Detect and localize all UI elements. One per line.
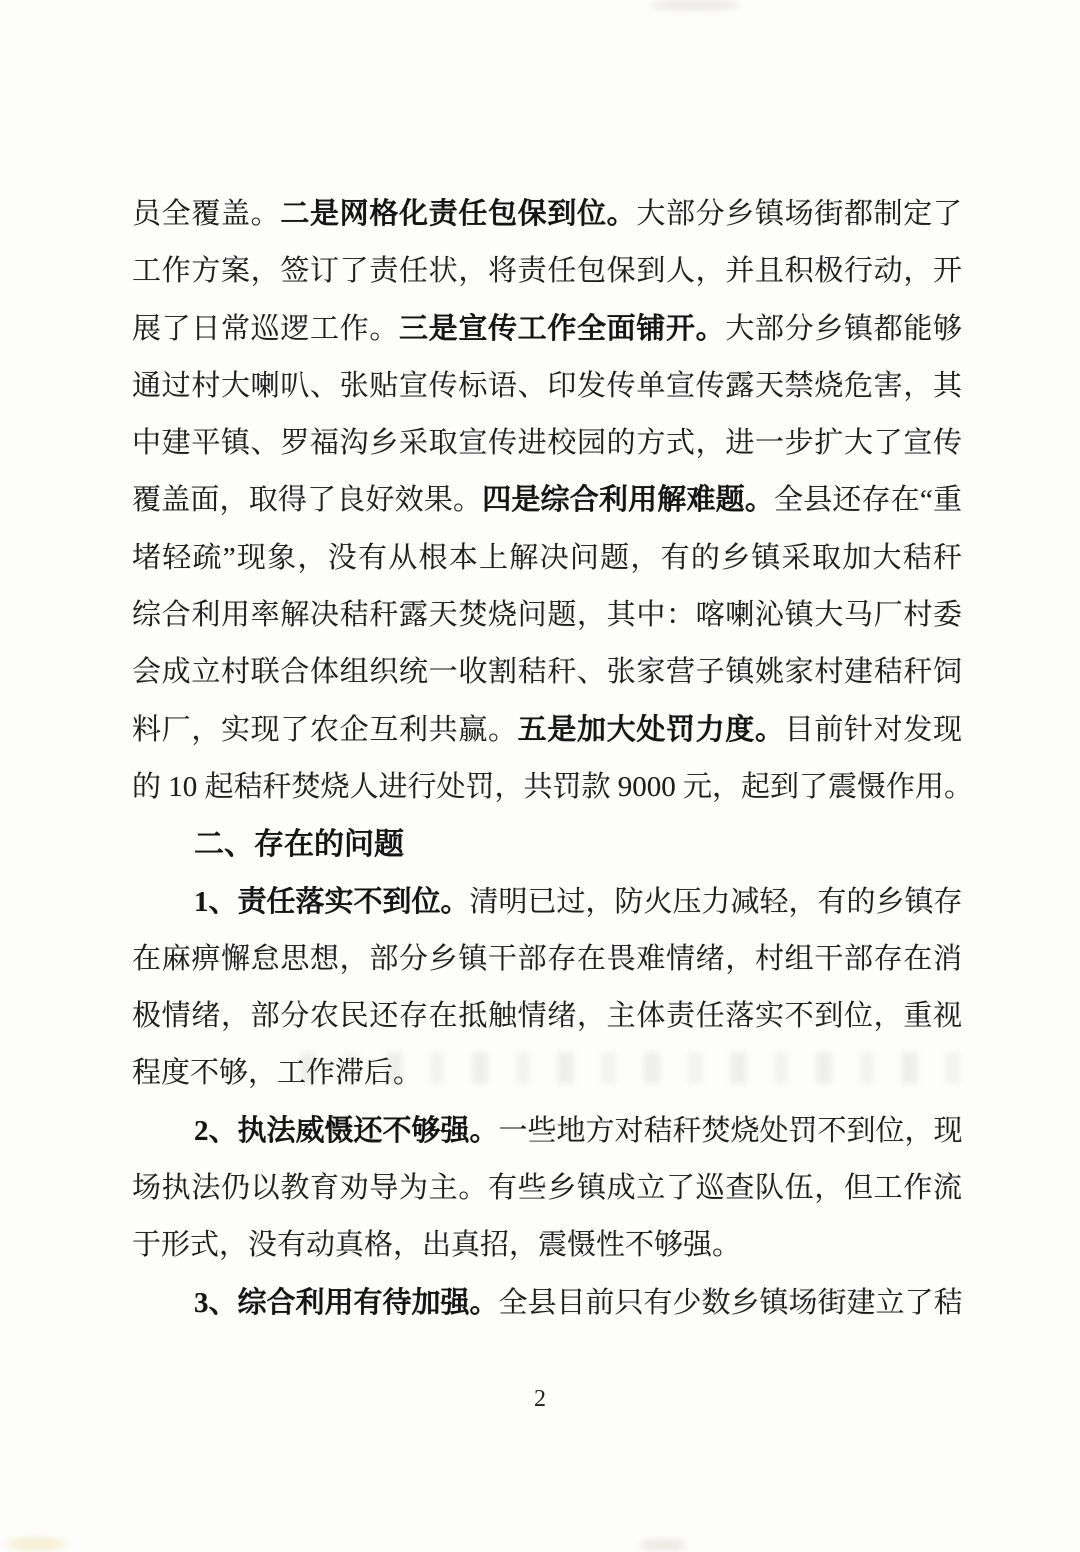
text-line: 在麻痹懈怠思想，部分乡镇干部存在畏难情绪，村组干部存在消: [132, 931, 962, 988]
text-line: 2、执法威慑还不够强。一些地方对秸秆焚烧处罚不到位，现: [132, 1103, 962, 1160]
text-run: 会成立村联合体组织统一收割秸秆、张家营子镇姚家村建秸秆饲: [132, 656, 962, 688]
bold-text-run: 五是加大处罚力度。: [518, 714, 785, 746]
text-run: 全县还存在“重: [774, 484, 962, 516]
text-line: 中建平镇、罗福沟乡采取宣传进校园的方式，进一步扩大了宣传: [132, 415, 962, 472]
bold-text-run: 1、责任落实不到位。: [194, 886, 470, 918]
text-run: 员全覆盖。: [132, 198, 280, 230]
text-run: 大部分乡镇都能够: [725, 313, 962, 345]
text-line: 3、综合利用有待加强。全县目前只有少数乡镇场街建立了秸: [132, 1275, 962, 1332]
scanned-document-page: 员全覆盖。二是网格化责任包保到位。大部分乡镇场街都制定了工作方案，签订了责任状，…: [0, 0, 1080, 1552]
text-line: 展了日常巡逻工作。三是宣传工作全面铺开。大部分乡镇都能够: [132, 301, 962, 358]
text-line: 会成立村联合体组织统一收割秸秆、张家营子镇姚家村建秸秆饲: [132, 644, 962, 701]
text-run: 全县目前只有少数乡镇场街建立了秸: [499, 1287, 963, 1319]
text-run: 于形式，没有动真格，出真招，震慑性不够强。: [132, 1229, 741, 1261]
text-run: 目前针对发现: [785, 714, 962, 746]
text-run: 通过村大喇叭、张贴宣传标语、印发传单宣传露天禁烧危害，其: [132, 370, 962, 402]
text-line: 极情绪，部分农民还存在抵触情绪，主体责任落实不到位，重视: [132, 988, 962, 1045]
text-line: 员全覆盖。二是网格化责任包保到位。大部分乡镇场街都制定了: [132, 186, 962, 243]
text-line: 场执法仍以教育劝导为主。有些乡镇成立了巡查队伍，但工作流: [132, 1160, 962, 1217]
text-line: 综合利用率解决秸秆露天焚烧问题，其中：喀喇沁镇大马厂村委: [132, 587, 962, 644]
bold-text-run: 3、综合利用有待加强。: [194, 1287, 499, 1319]
section-heading: 二、存在的问题: [132, 816, 962, 873]
scan-smudge-artifact: [640, 1540, 686, 1550]
scan-smudge-artifact: [6, 1538, 66, 1550]
text-run: 程度不够，工作滞后。: [132, 1057, 422, 1089]
bold-text-run: 四是综合利用解难题。: [482, 484, 774, 516]
bold-text-run: 二是网格化责任包保到位。: [280, 198, 636, 230]
text-line: 程度不够，工作滞后。: [132, 1045, 962, 1102]
document-lines: 员全覆盖。二是网格化责任包保到位。大部分乡镇场街都制定了工作方案，签订了责任状，…: [132, 186, 962, 1332]
page-number: 2: [0, 1386, 1080, 1413]
bold-text-run: 二、存在的问题: [194, 828, 404, 861]
text-run: 覆盖面，取得了良好效果。: [132, 484, 482, 516]
text-run: 大部分乡镇场街都制定了: [636, 198, 962, 230]
text-run: 极情绪，部分农民还存在抵触情绪，主体责任落实不到位，重视: [132, 1000, 962, 1032]
bold-text-run: 2、执法威慑还不够强。: [194, 1115, 499, 1147]
text-run: 在麻痹懈怠思想，部分乡镇干部存在畏难情绪，村组干部存在消: [132, 943, 962, 975]
text-line: 覆盖面，取得了良好效果。四是综合利用解难题。全县还存在“重: [132, 472, 962, 529]
text-line: 堵轻疏”现象，没有从根本上解决问题，有的乡镇采取加大秸秆: [132, 530, 962, 587]
text-run: 工作方案，签订了责任状，将责任包保到人，并且积极行动，开: [132, 255, 962, 287]
text-line: 1、责任落实不到位。清明已过，防火压力减轻，有的乡镇存: [132, 874, 962, 931]
text-run: 料厂，实现了农企互利共赢。: [132, 714, 518, 746]
bold-text-run: 三是宣传工作全面铺开。: [399, 313, 725, 345]
text-run: 综合利用率解决秸秆露天焚烧问题，其中：喀喇沁镇大马厂村委: [132, 599, 962, 631]
text-run: 清明已过，防火压力减轻，有的乡镇存: [470, 886, 963, 918]
text-line: 于形式，没有动真格，出真招，震慑性不够强。: [132, 1217, 962, 1274]
text-line: 通过村大喇叭、张贴宣传标语、印发传单宣传露天禁烧危害，其: [132, 358, 962, 415]
text-run: 一些地方对秸秆焚烧处罚不到位，现: [499, 1115, 963, 1147]
text-line: 工作方案，签订了责任状，将责任包保到人，并且积极行动，开: [132, 243, 962, 300]
text-line: 料厂，实现了农企互利共赢。五是加大处罚力度。目前针对发现: [132, 702, 962, 759]
text-run: 的 10 起秸秆焚烧人进行处罚，共罚款 9000 元，起到了震慑作用。: [132, 771, 973, 803]
text-run: 中建平镇、罗福沟乡采取宣传进校园的方式，进一步扩大了宣传: [132, 427, 962, 459]
text-run: 堵轻疏”现象，没有从根本上解决问题，有的乡镇采取加大秸秆: [132, 542, 962, 574]
scan-smudge-artifact: [650, 0, 740, 10]
text-run: 展了日常巡逻工作。: [132, 313, 399, 345]
text-run: 场执法仍以教育劝导为主。有些乡镇成立了巡查队伍，但工作流: [132, 1172, 962, 1204]
text-line: 的 10 起秸秆焚烧人进行处罚，共罚款 9000 元，起到了震慑作用。: [132, 759, 962, 816]
